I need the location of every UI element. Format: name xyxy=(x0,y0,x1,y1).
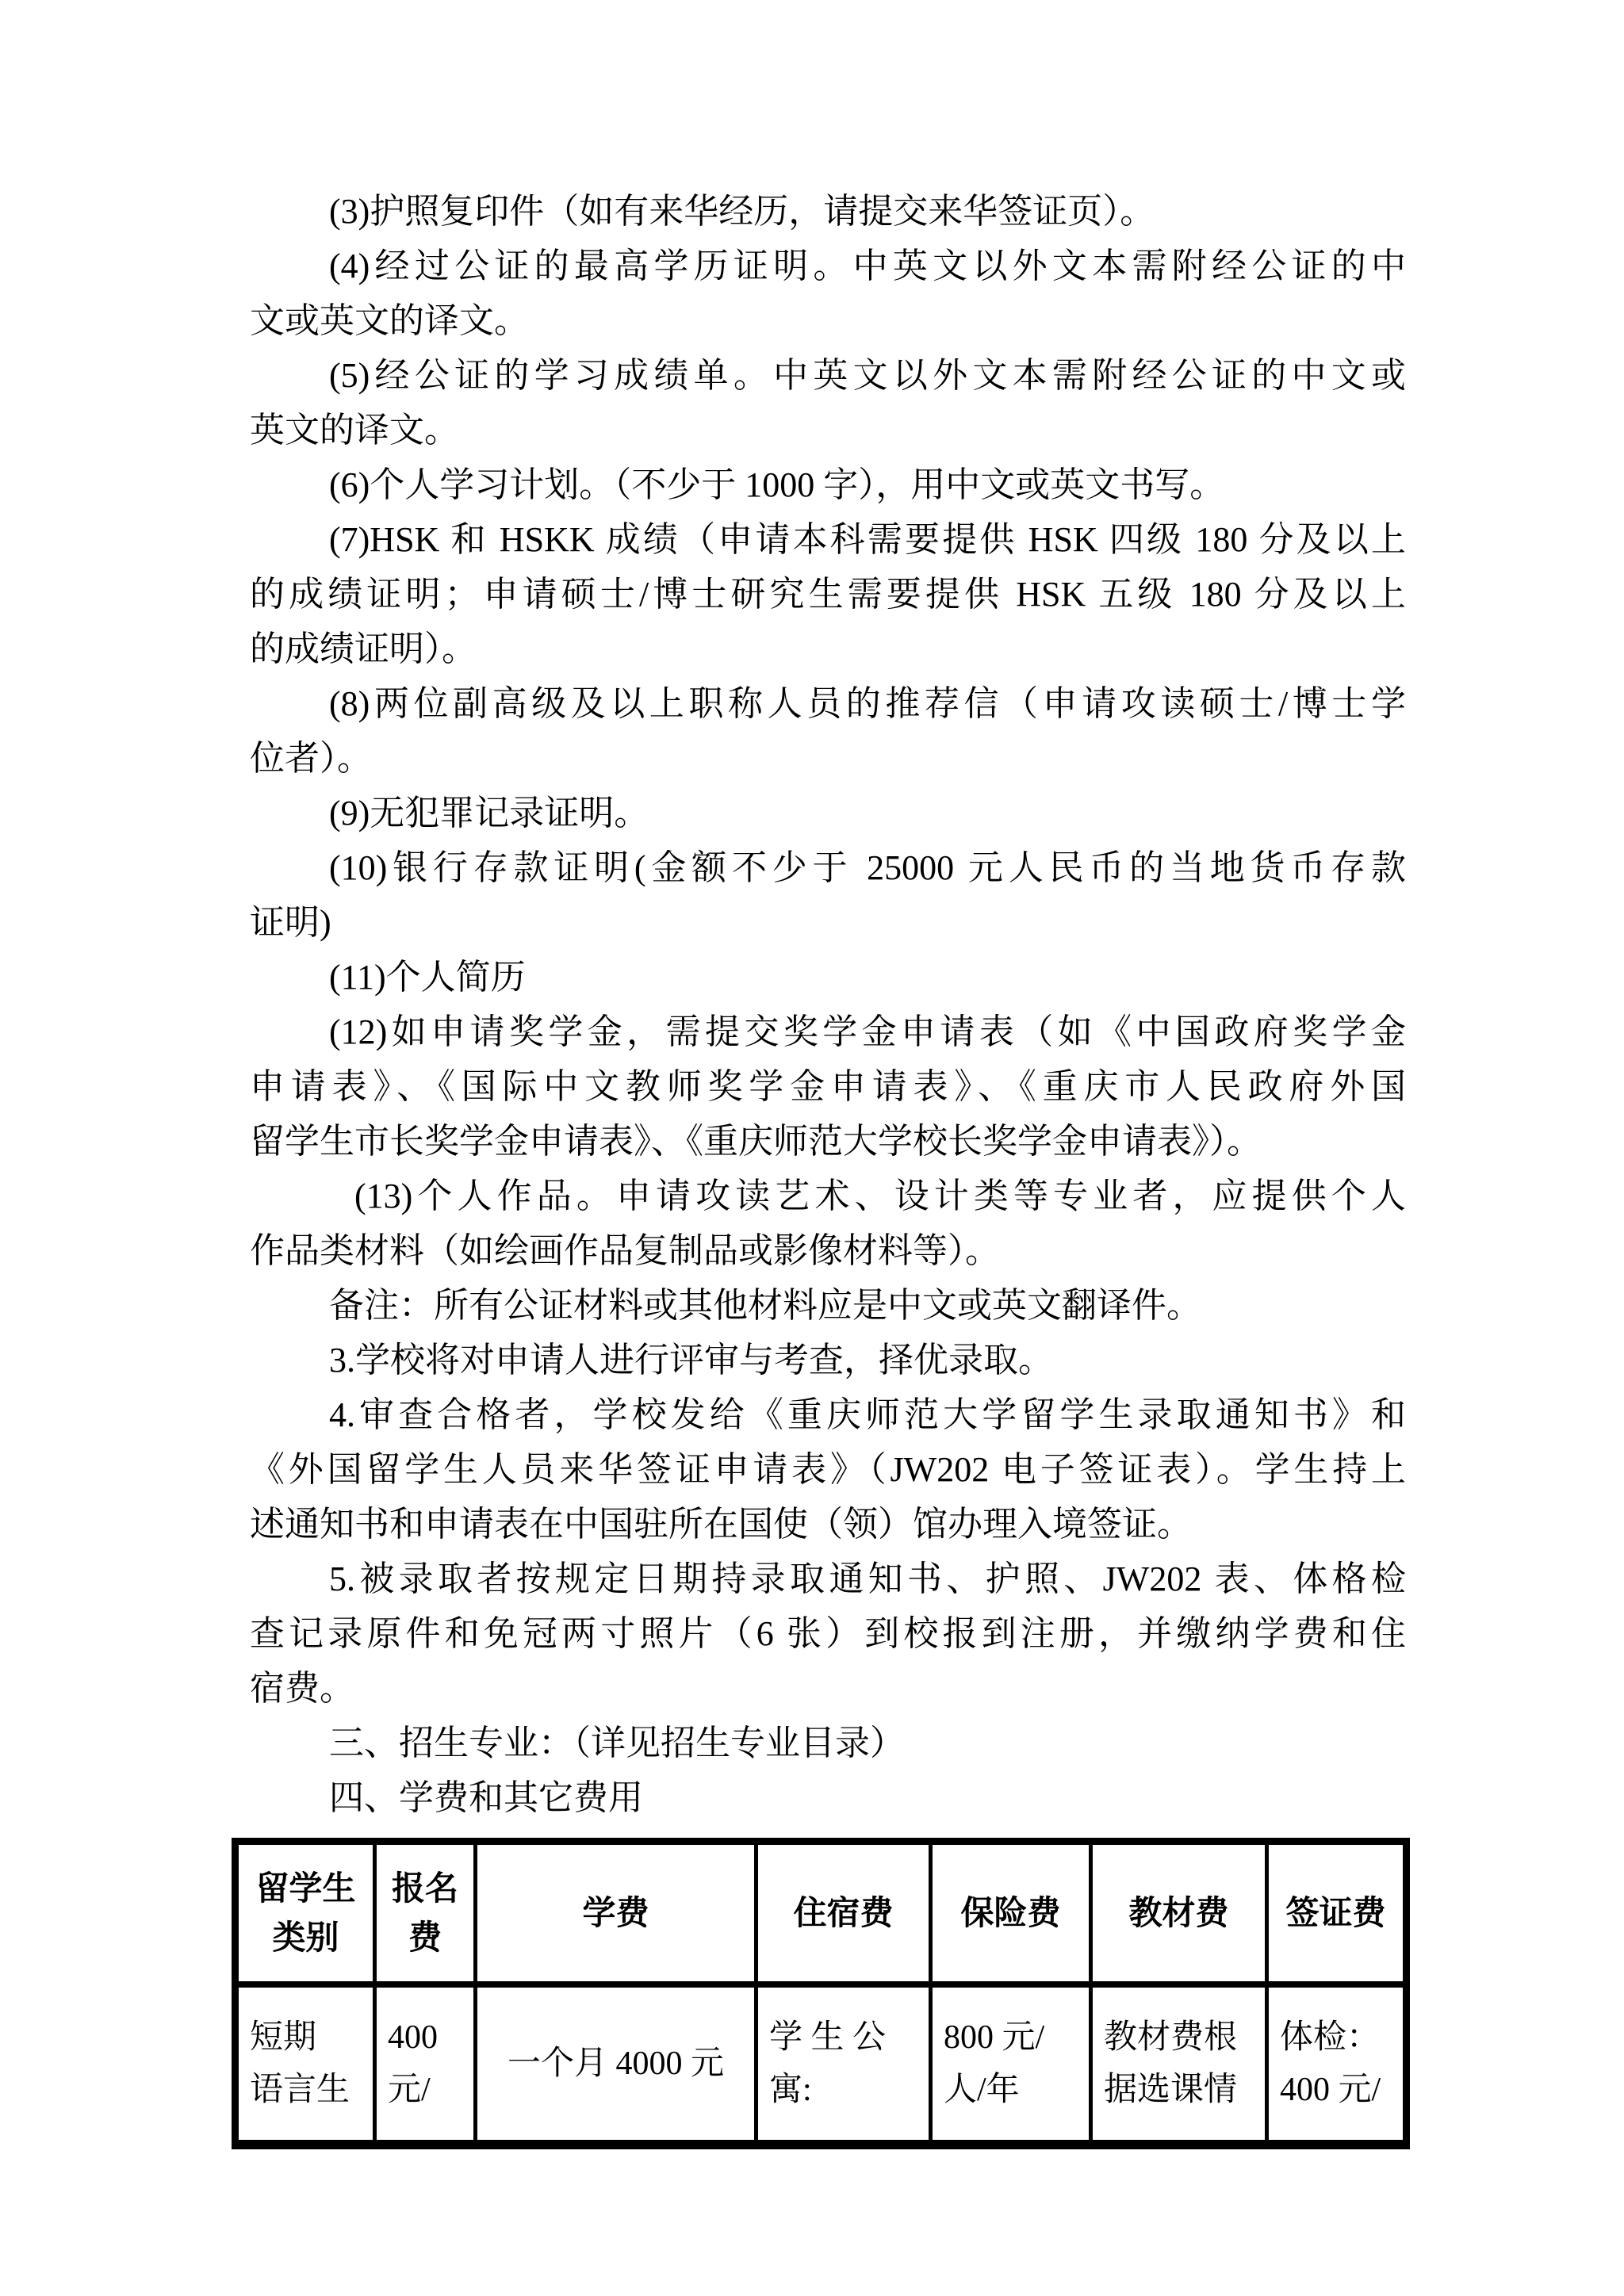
fee-table-header-cell: 住宿费 xyxy=(756,1842,931,1985)
text-line: 5.被录取者按规定日期持录取通知书、护照、JW202 表、体格检 xyxy=(250,1552,1406,1606)
fee-table-header-row: 留学生 类别报名 费学费住宿费保险费教材费签证费 xyxy=(236,1842,1407,1985)
text-line: 英文的译文。 xyxy=(250,403,1406,457)
fee-table-header-cell: 留学生 类别 xyxy=(236,1842,375,1985)
text-line: (9)无犯罪记录证明。 xyxy=(250,786,1406,840)
text-line: 作品类材料（如绘画作品复制品或影像材料等）。 xyxy=(250,1223,1406,1278)
text-line: 《外国留学生人员来华签证申请表》（JW202 电子签证表）。学生持上 xyxy=(250,1442,1406,1497)
text-line: (5)经公证的学习成绩单。中英文以外文本需附经公证的中文或 xyxy=(250,348,1406,403)
text-line: 申请表》、《国际中文教师奖学金申请表》、《重庆市人民政府外国 xyxy=(250,1059,1406,1114)
fee-table: 留学生 类别报名 费学费住宿费保险费教材费签证费 短期 语言生400 元/一个月… xyxy=(232,1838,1410,2149)
text-line: (3)护照复印件（如有来华经历，请提交来华签证页）。 xyxy=(250,184,1406,239)
fee-table-header-cell: 学费 xyxy=(476,1842,756,1985)
text-line: 3.学校将对申请人进行评审与考查，择优录取。 xyxy=(250,1333,1406,1387)
text-line: (13)个人作品。申请攻读艺术、设计类等专业者，应提供个人 xyxy=(250,1169,1406,1223)
fee-table-cell: 体检： 400 元/ xyxy=(1267,1984,1407,2145)
text-line: 查记录原件和免冠两寸照片（6 张）到校报到注册，并缴纳学费和住 xyxy=(250,1606,1406,1661)
text-line: 述通知书和申请表在中国驻所在国使（领）馆办理入境签证。 xyxy=(250,1497,1406,1552)
fee-table-cell: 800 元/ 人/年 xyxy=(931,1984,1091,2145)
document-page: (3)护照复印件（如有来华经历，请提交来华签证页）。(4)经过公证的最高学历证明… xyxy=(0,0,1624,2296)
text-line: 留学生市长奖学金申请表》、《重庆师范大学校长奖学金申请表》）。 xyxy=(250,1114,1406,1169)
text-line: 证明) xyxy=(250,895,1406,950)
text-line: (6)个人学习计划。（不少于 1000 字），用中文或英文书写。 xyxy=(250,457,1406,512)
text-line: 4.审查合格者，学校发给《重庆师范大学留学生录取通知书》和 xyxy=(250,1387,1406,1442)
text-line: 的成绩证明；申请硕士/博士研究生需要提供 HSK 五级 180 分及以上 xyxy=(250,567,1406,622)
fee-table-cell: 一个月 4000 元 xyxy=(476,1984,756,2145)
text-line: (7)HSK 和 HSKK 成绩（申请本科需要提供 HSK 四级 180 分及以… xyxy=(250,512,1406,567)
text-line: (10)银行存款证明(金额不少于 25000 元人民币的当地货币存款 xyxy=(250,840,1406,895)
fee-table-row: 短期 语言生400 元/一个月 4000 元学 生 公 寓:800 元/ 人/年… xyxy=(236,1984,1407,2145)
fee-table-cell: 学 生 公 寓: xyxy=(756,1984,931,2145)
text-line: 的成绩证明）。 xyxy=(250,622,1406,676)
text-line: (12)如申请奖学金，需提交奖学金申请表（如《中国政府奖学金 xyxy=(250,1004,1406,1059)
text-line: 备注：所有公证材料或其他材料应是中文或英文翻译件。 xyxy=(250,1278,1406,1333)
text-line: (11)个人简历 xyxy=(250,950,1406,1004)
text-line: 位者）。 xyxy=(250,731,1406,786)
text-line: 三、招生专业：（详见招生专业目录） xyxy=(250,1716,1406,1770)
text-line: (4)经过公证的最高学历证明。中英文以外文本需附经公证的中 xyxy=(250,239,1406,293)
text-line: 宿费。 xyxy=(250,1661,1406,1716)
fee-table-header-cell: 报名 费 xyxy=(375,1842,476,1985)
text-line: 文或英文的译文。 xyxy=(250,293,1406,348)
text-line: (8)两位副高级及以上职称人员的推荐信（申请攻读硕士/博士学 xyxy=(250,676,1406,731)
fee-table-cell: 教材费根 据选课情 xyxy=(1091,1984,1267,2145)
fee-table-header-cell: 保险费 xyxy=(931,1842,1091,1985)
fee-table-header-cell: 教材费 xyxy=(1091,1842,1267,1985)
text-line: 四、学费和其它费用 xyxy=(250,1770,1406,1825)
document-body-text: (3)护照复印件（如有来华经历，请提交来华签证页）。(4)经过公证的最高学历证明… xyxy=(250,184,1406,1825)
fee-table-cell: 400 元/ xyxy=(375,1984,476,2145)
fee-table-cell: 短期 语言生 xyxy=(236,1984,375,2145)
fee-table-header-cell: 签证费 xyxy=(1267,1842,1407,1985)
